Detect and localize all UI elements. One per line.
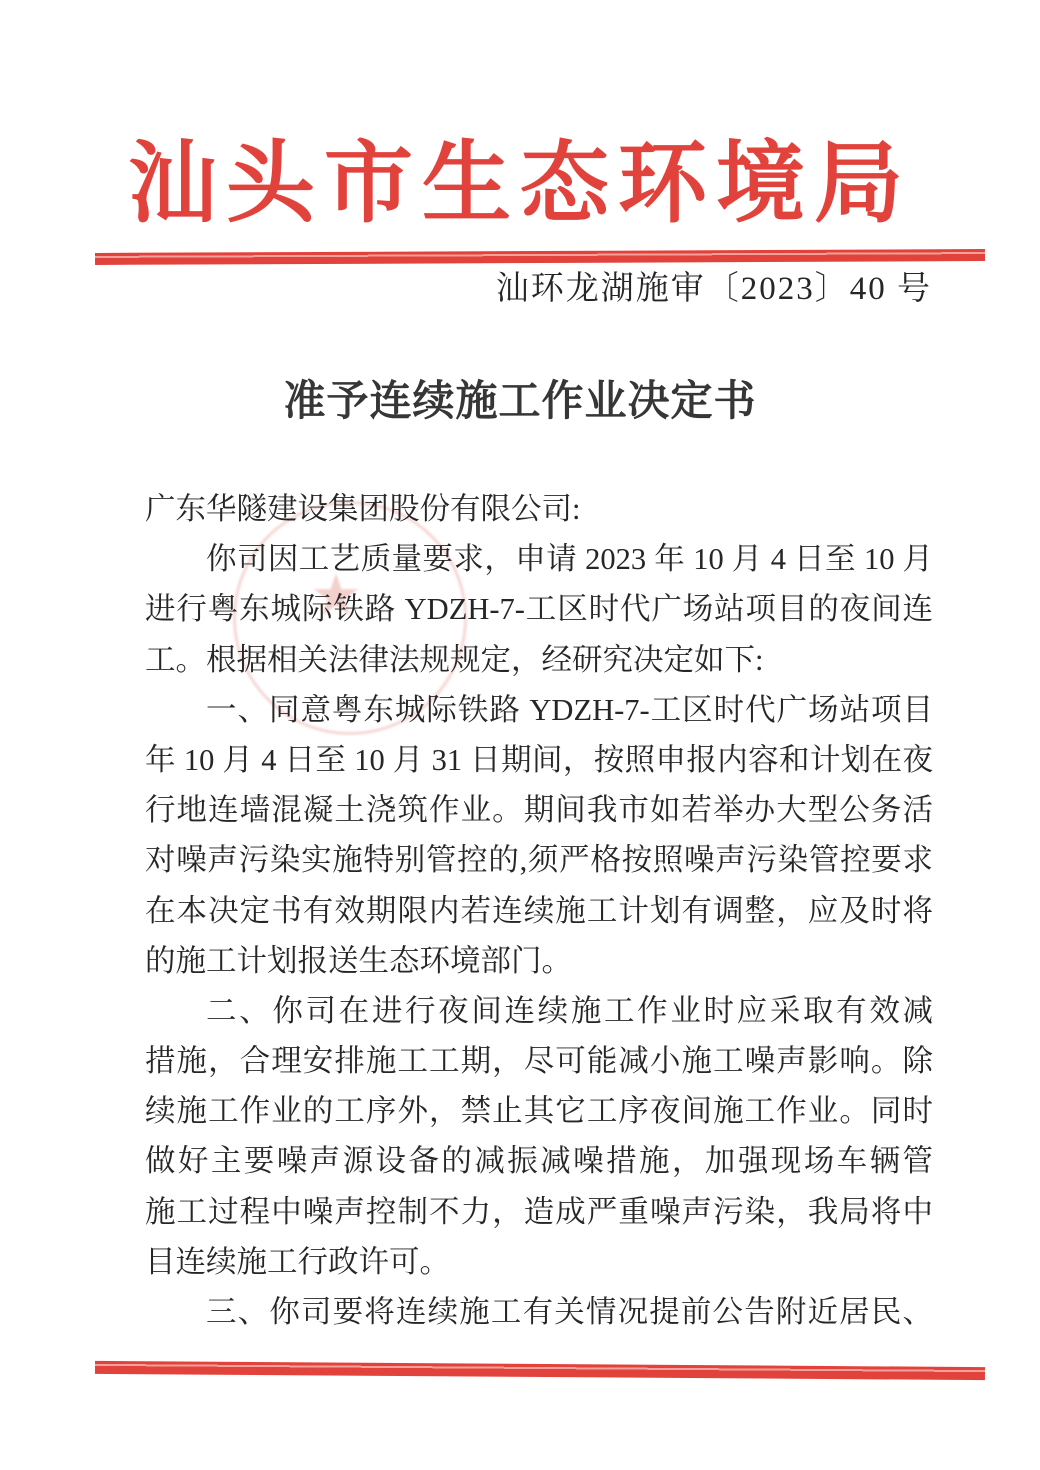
doc-reference-number: 汕环龙湖施审〔2023〕40 号 (496, 262, 932, 309)
body-line: 做好主要噪声源设备的减振减噪措施，加强现场车辆管理。如因 (145, 1136, 933, 1186)
body-line: 年 10 月 4 日至 10 月 31 日期间，按照申报内容和计划在夜间进 (145, 735, 933, 785)
body-line: 广东华隧建设集团股份有限公司: (145, 484, 933, 534)
document-page: 汕头市生态环境局 汕环龙湖施审〔2023〕40 号 准予连续施工作业决定书 ★ … (0, 0, 1040, 1470)
document-body: 广东华隧建设集团股份有限公司:你司因工艺质量要求，申请 2023 年 10 月 … (145, 484, 933, 1337)
body-line: 措施，合理安排施工工期，尽可能减小施工噪声影响。除必须连 (145, 1036, 933, 1086)
document-title: 准予连续施工作业决定书 (0, 368, 1040, 428)
body-line: 一、同意粤东城际铁路 YDZH-7-工区时代广场站项目于 2023 (145, 685, 933, 735)
body-line: 施工过程中噪声控制不力，造成严重噪声污染，我局将中止该项 (145, 1187, 933, 1237)
body-line: 续施工作业的工序外，禁止其它工序夜间施工作业。同时你司应 (145, 1086, 933, 1136)
body-line: 二、你司在进行夜间连续施工作业时应采取有效减振，降噪 (145, 986, 933, 1036)
body-line: 三、你司要将连续施工有关情况提前公告附近居民、单位， (145, 1287, 933, 1337)
body-line: 你司因工艺质量要求，申请 2023 年 10 月 4 日至 10 月 31 日 (145, 534, 933, 584)
body-line: 行地连墙混凝土浇筑作业。期间我市如若举办大型公务活动等需 (145, 785, 933, 835)
body-line: 工。根据相关法律法规规定，经研究决定如下: (145, 635, 933, 685)
agency-name-heading: 汕头市生态环境局 (0, 134, 1040, 236)
body-line: 的施工计划报送生态环境部门。 (145, 936, 933, 986)
body-line: 在本决定书有效期限内若连续施工计划有调整，应及时将调整后 (145, 886, 933, 936)
letterhead-rule-bottom (95, 1361, 985, 1380)
body-line: 对噪声污染实施特别管控的,须严格按照噪声污染管控要求执行。 (145, 835, 933, 885)
body-line: 进行粤东城际铁路 YDZH-7-工区时代广场站项目的夜间连续施 (145, 584, 933, 634)
body-line: 目连续施工行政许可。 (145, 1237, 933, 1287)
